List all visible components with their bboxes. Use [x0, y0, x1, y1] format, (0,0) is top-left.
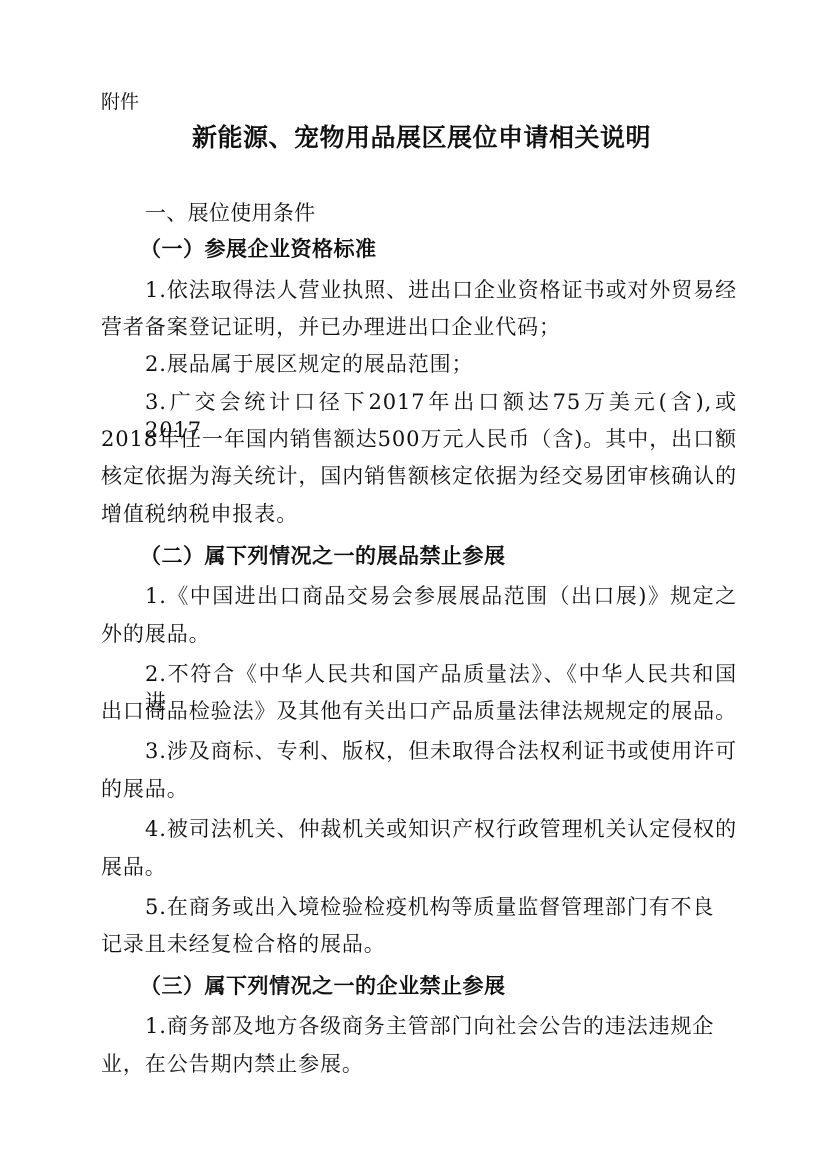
- attachment-label: 附件: [101, 88, 741, 116]
- paragraph-line: 记录且未经复检合格的展品。: [101, 930, 741, 958]
- paragraph-line: 业，在公告期内禁止参展。: [101, 1050, 741, 1078]
- paragraph-line: 核定依据为海关统计，国内销售额核定依据为经交易团审核确认的: [101, 462, 737, 490]
- paragraph-line: 2018年任一年国内销售额达500万元人民币（含)。其中，出口额: [101, 425, 737, 453]
- paragraph-line: 的展品。: [101, 775, 741, 803]
- document-page: 附件 新能源、宠物用品展区展位申请相关说明 一、展位使用条件 （一）参展企业资格…: [0, 0, 827, 1169]
- paragraph-line: 外的展品。: [101, 620, 741, 648]
- subsection-heading-3: （三）属下列情况之一的企业禁止参展: [140, 972, 780, 1000]
- paragraph-line: 营者备案登记证明，并已办理进出口企业代码；: [101, 313, 741, 341]
- paragraph-line: 1.商务部及地方各级商务主管部门向社会公告的违法违规企: [145, 1012, 785, 1040]
- paragraph-line: 增值税纳税申报表。: [101, 500, 741, 528]
- paragraph-line: 3.涉及商标、专利、版权，但未取得合法权利证书或使用许可: [145, 737, 737, 765]
- subsection-heading-1: （一）参展企业资格标准: [140, 235, 780, 263]
- paragraph-line: 展品。: [101, 853, 741, 881]
- paragraph-line: 出口商品检验法》及其他有关出口产品质量法律法规规定的展品。: [101, 697, 737, 725]
- paragraph-line: 4.被司法机关、仲裁机关或知识产权行政管理机关认定侵权的: [145, 815, 737, 843]
- paragraph-line: 5.在商务或出入境检验检疫机构等质量监督管理部门有不良: [145, 893, 785, 921]
- section-heading-1: 一、展位使用条件: [145, 199, 785, 227]
- document-title: 新能源、宠物用品展区展位申请相关说明: [192, 124, 652, 152]
- subsection-heading-2: （二）属下列情况之一的展品禁止参展: [140, 542, 780, 570]
- paragraph-line: 1.依法取得法人营业执照、进出口企业资格证书或对外贸易经: [145, 276, 737, 304]
- paragraph-line: 2.展品属于展区规定的展品范围；: [145, 350, 785, 378]
- paragraph-line: 1.《中国进出口商品交易会参展展品范围（出口展)》规定之: [145, 582, 737, 610]
